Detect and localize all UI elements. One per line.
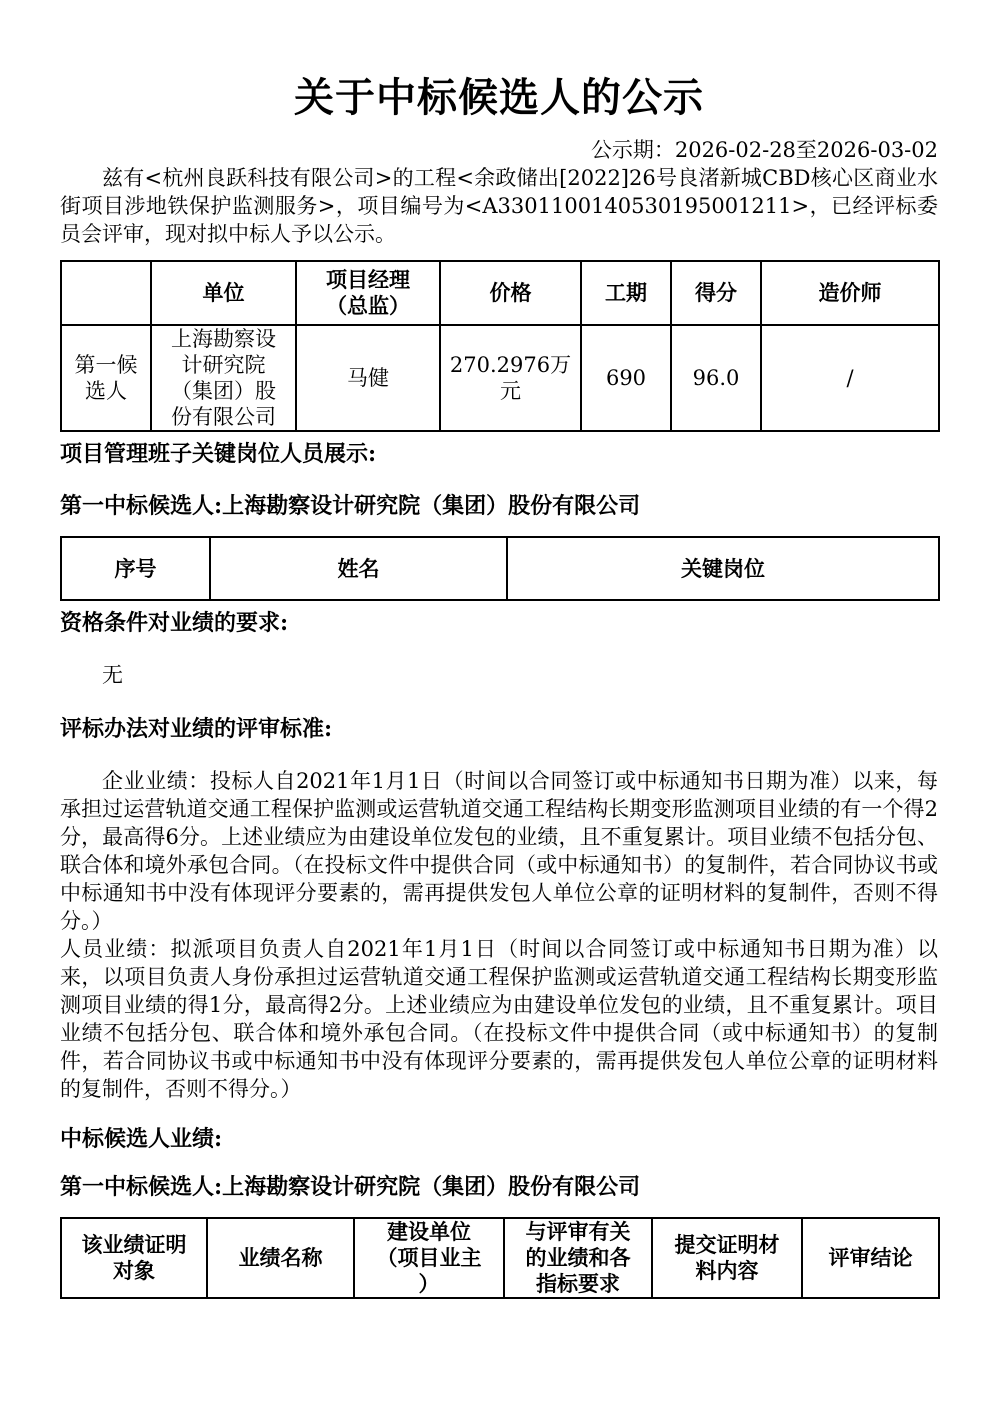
candidate-manager-cell: 马健 <box>296 325 440 431</box>
col-header-builder: 建设单位 （项目业主 ） <box>354 1218 504 1298</box>
col-header-materials: 提交证明材 料内容 <box>652 1218 802 1298</box>
col-header-price: 价格 <box>440 261 581 325</box>
col-header-unit: 单位 <box>151 261 296 325</box>
col-header-blank <box>61 261 151 325</box>
performance-table: 该业绩证明 对象 业绩名称 建设单位 （项目业主 ） 与评审有关 的业绩和各 指… <box>60 1217 940 1299</box>
candidate-row-first: 第一候 选人 上海勘察设 计研究院 （集团）股 份有限公司 马健 270.297… <box>61 325 939 431</box>
col-header-project-manager: 项目经理 （总监） <box>296 261 440 325</box>
announcement-page: 关于中标候选人的公示 公示期：2026-02-28至2026-03-02 兹有<… <box>0 0 1000 1415</box>
candidate-duration-cell: 690 <box>581 325 671 431</box>
col-header-performance-name: 业绩名称 <box>207 1218 354 1298</box>
candidate-label-cell: 第一候 选人 <box>61 325 151 431</box>
col-header-score: 得分 <box>671 261 761 325</box>
col-header-cost-engineer: 造价师 <box>761 261 939 325</box>
col-header-position: 关键岗位 <box>507 537 939 600</box>
publicity-period: 公示期：2026-02-28至2026-03-02 <box>60 136 938 164</box>
candidate-score-cell: 96.0 <box>671 325 761 431</box>
key-position-header-row: 序号 姓名 关键岗位 <box>61 537 939 600</box>
key-position-table: 序号 姓名 关键岗位 <box>60 536 940 601</box>
col-header-name: 姓名 <box>210 537 507 600</box>
col-header-duration: 工期 <box>581 261 671 325</box>
qualification-heading: 资格条件对业绩的要求: <box>60 611 938 635</box>
qualification-value: 无 <box>60 661 938 689</box>
first-candidate-heading-2: 第一中标候选人:上海勘察设计研究院（集团）股份有限公司 <box>60 1175 938 1199</box>
candidate-cost-engineer-cell: / <box>761 325 939 431</box>
performance-header-row: 该业绩证明 对象 业绩名称 建设单位 （项目业主 ） 与评审有关 的业绩和各 指… <box>61 1218 939 1298</box>
candidate-summary-table: 单位 项目经理 （总监） 价格 工期 得分 造价师 第一候 选人 上海勘察设 计… <box>60 260 940 432</box>
intro-paragraph: 兹有<杭州良跃科技有限公司>的工程<余政储出[2022]26号良渚新城CBD核心… <box>60 164 938 248</box>
criteria-heading: 评标办法对业绩的评审标准: <box>60 717 938 741</box>
criteria-paragraph-enterprise: 企业业绩：投标人自2021年1月1日（时间以合同签订或中标通知书日期为准）以来，… <box>60 767 938 935</box>
performance-heading: 中标候选人业绩: <box>60 1127 938 1151</box>
col-header-proof-target: 该业绩证明 对象 <box>61 1218 207 1298</box>
candidate-unit-cell: 上海勘察设 计研究院 （集团）股 份有限公司 <box>151 325 296 431</box>
first-candidate-heading: 第一中标候选人:上海勘察设计研究院（集团）股份有限公司 <box>60 494 938 518</box>
criteria-paragraph-personnel: 人员业绩：拟派项目负责人自2021年1月1日（时间以合同签订或中标通知书日期为准… <box>60 935 938 1103</box>
col-header-conclusion: 评审结论 <box>802 1218 939 1298</box>
candidate-price-cell: 270.2976万 元 <box>440 325 581 431</box>
col-header-requirements: 与评审有关 的业绩和各 指标要求 <box>504 1218 652 1298</box>
key-positions-heading: 项目管理班子关键岗位人员展示: <box>60 442 938 466</box>
candidate-table-header-row: 单位 项目经理 （总监） 价格 工期 得分 造价师 <box>61 261 939 325</box>
col-header-index: 序号 <box>61 537 210 600</box>
page-title: 关于中标候选人的公示 <box>60 74 938 122</box>
